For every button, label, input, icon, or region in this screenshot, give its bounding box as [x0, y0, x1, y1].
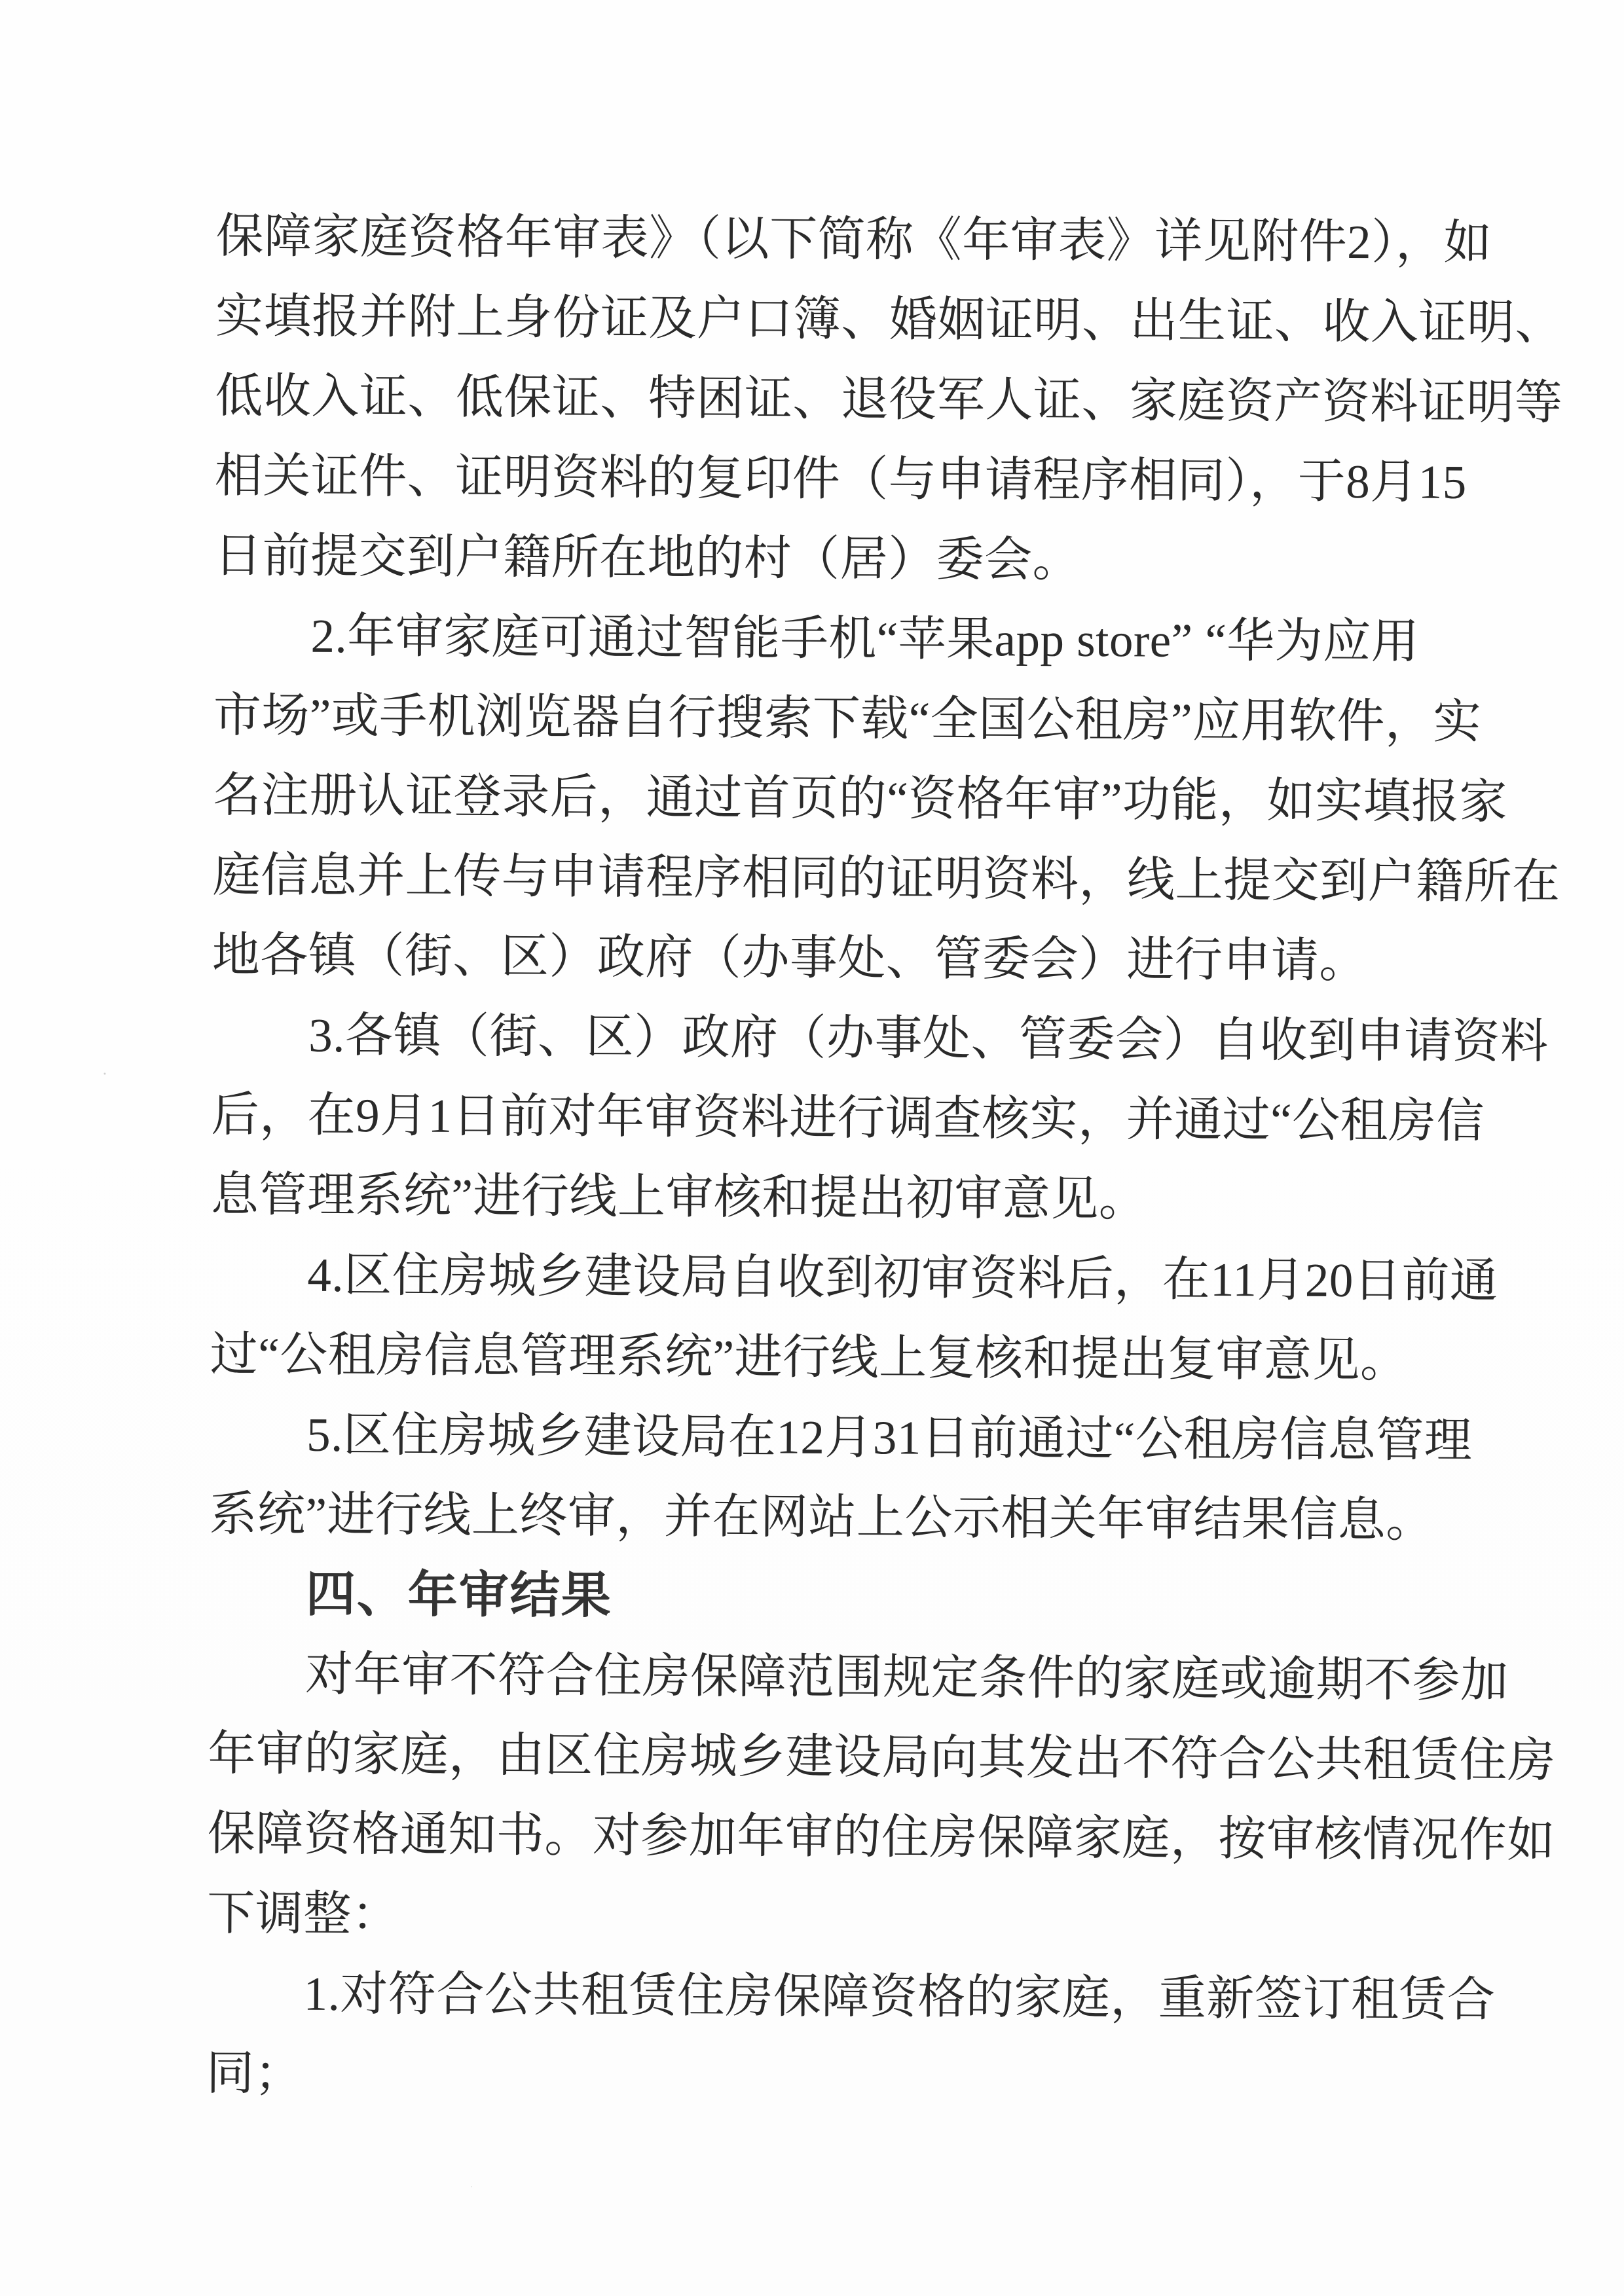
doc-line-item-4: 4.区住房城乡建设局自收到初审资料后，在11月20日前通 [210, 1235, 1429, 1321]
doc-line: 年审的家庭，由区住房城乡建设局向其发出不符合公共租赁住房 [208, 1714, 1426, 1800]
doc-line: 系统”进行线上终审，并在网站上公示相关年审结果信息。 [209, 1474, 1428, 1561]
doc-line: 市场”或手机浏览器自行搜索下载“全国公租房”应用软件，实 [213, 676, 1432, 762]
doc-line: 过“公租房信息管理系统”进行线上复核和提出复审意见。 [210, 1315, 1428, 1401]
doc-line: 后，在9月1日前对年审资料进行调查核实，并通过“公租房信 [211, 1075, 1430, 1161]
doc-line: 名注册认证登录后，通过首页的“资格年审”功能，如实填报家 [213, 756, 1431, 842]
doc-line: 同； [206, 2033, 1425, 2120]
document-page: 保障家庭资格年审表》（以下简称《年审表》详见附件2），如 实填报并附上身份证及户… [0, 0, 1624, 2296]
doc-line: 保障家庭资格年审表》（以下简称《年审表》详见附件2），如 [215, 196, 1434, 283]
doc-line-item-3: 3.各镇（街、区）政府（办事处、管委会）自收到申请资料 [212, 995, 1430, 1082]
section-heading-annual-review-results: 四、年审结果 [209, 1554, 1428, 1641]
doc-line: 对年审不符合住房保障范围规定条件的家庭或逾期不参加 [208, 1634, 1427, 1721]
doc-line: 日前提交到户籍所在地的村（居）委会。 [214, 516, 1433, 602]
doc-line-item-2: 2.年审家庭可通过智能手机“苹果app store” “华为应用 [213, 596, 1432, 682]
doc-line: 息管理系统”进行线上审核和提出初审意见。 [211, 1155, 1430, 1241]
doc-line: 下调整： [207, 1874, 1426, 1960]
doc-line-item-1: 1.对符合公共租赁住房保障资格的家庭，重新签订租赁合 [206, 1954, 1425, 2040]
doc-line: 保障资格通知书。对参加年审的住房保障家庭，按审核情况作如 [208, 1794, 1426, 1880]
doc-line: 低收入证、低保证、特困证、退役军人证、家庭资产资料证明等 [215, 356, 1433, 443]
doc-line: 庭信息并上传与申请程序相同的证明资料，线上提交到户籍所在 [212, 835, 1431, 922]
doc-line: 地各镇（街、区）政府（办事处、管委会）进行申请。 [212, 915, 1431, 1002]
doc-line: 实填报并附上身份证及户口簿、婚姻证明、出生证、收入证明、 [215, 276, 1434, 363]
doc-line: 相关证件、证明资料的复印件（与申请程序相同），于8月15 [214, 436, 1433, 522]
doc-line-item-5: 5.区住房城乡建设局在12月31日前通过“公租房信息管理 [210, 1394, 1428, 1481]
document-text-block: 保障家庭资格年审表》（以下简称《年审表》详见附件2），如 实填报并附上身份证及户… [206, 196, 1434, 2120]
